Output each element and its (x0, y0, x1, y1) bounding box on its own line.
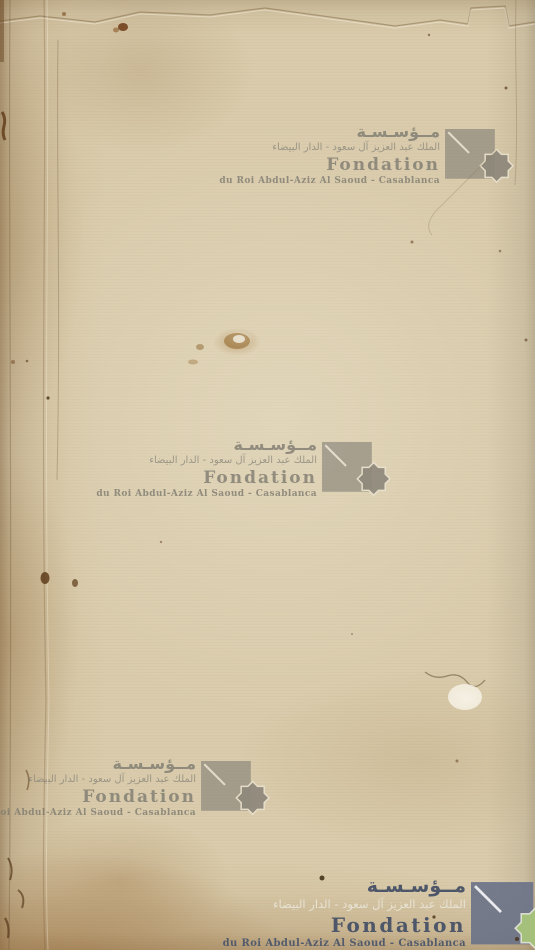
foundation-logo-icon (471, 882, 535, 950)
watermark-arabic-subtitle: الملك عبد العزيز آل سعود - الدار البيضاء (290, 142, 440, 154)
watermark-latin-subtitle: du Roi Abdul-Aziz Al Saoud - Casablanca (46, 808, 196, 819)
watermark-latin-title: Fondation (286, 914, 466, 936)
watermark-latin-title: Fondation (167, 469, 317, 488)
watermark-latin-title: Fondation (46, 788, 196, 807)
watermark-text-block: مــؤسـسـة الملك عبد العزيز آل سعود - الد… (286, 877, 466, 950)
watermark-text-block: مــؤسـسـة الملك عبد العزيز آل سعود - الد… (290, 124, 440, 187)
eight-point-star-icon (236, 782, 269, 815)
eight-point-star-icon (357, 463, 390, 496)
watermark-latin-subtitle: du Roi Abdul-Aziz Al Saoud - Casablanca (290, 176, 440, 187)
foundation-watermark-bottom-right: مــؤسـسـة الملك عبد العزيز آل سعود - الد… (286, 877, 535, 950)
scanned-manuscript-page: مــؤسـسـة الملك عبد العزيز آل سعود - الد… (0, 0, 535, 950)
watermark-arabic-title: مــؤسـسـة (167, 437, 317, 454)
watermark-arabic-title: مــؤسـسـة (286, 877, 466, 897)
watermark-arabic-subtitle: الملك عبد العزيز آل سعود - الدار البيضاء (167, 455, 317, 467)
watermark-text-block: مــؤسـسـة الملك عبد العزيز آل سعود - الد… (46, 756, 196, 819)
foundation-watermark-middle: مــؤسـسـة الملك عبد العزيز آل سعود - الد… (167, 437, 394, 501)
watermark-latin-subtitle: du Roi Abdul-Aziz Al Saoud - Casablanca (167, 489, 317, 500)
watermark-latin-subtitle: du Roi Abdul-Aziz Al Saoud - Casablanca (286, 938, 466, 950)
watermark-arabic-subtitle: الملك عبد العزيز آل سعود - الدار البيضاء (46, 774, 196, 786)
watermark-arabic-subtitle: الملك عبد العزيز آل سعود - الدار البيضاء (286, 898, 466, 912)
watermark-latin-title: Fondation (290, 156, 440, 175)
foundation-logo-icon (201, 761, 273, 820)
watermark-arabic-title: مــؤسـسـة (46, 756, 196, 773)
watermark-arabic-title: مــؤسـسـة (290, 124, 440, 141)
watermark-text-block: مــؤسـسـة الملك عبد العزيز آل سعود - الد… (167, 437, 317, 500)
foundation-watermark-bottom-left: مــؤسـسـة الملك عبد العزيز آل سعود - الد… (46, 756, 273, 820)
eight-point-star-icon (480, 150, 513, 183)
foundation-logo-icon (445, 129, 517, 188)
foundation-watermark-top: مــؤسـسـة الملك عبد العزيز آل سعود - الد… (290, 124, 517, 188)
foundation-logo-icon (322, 442, 394, 501)
